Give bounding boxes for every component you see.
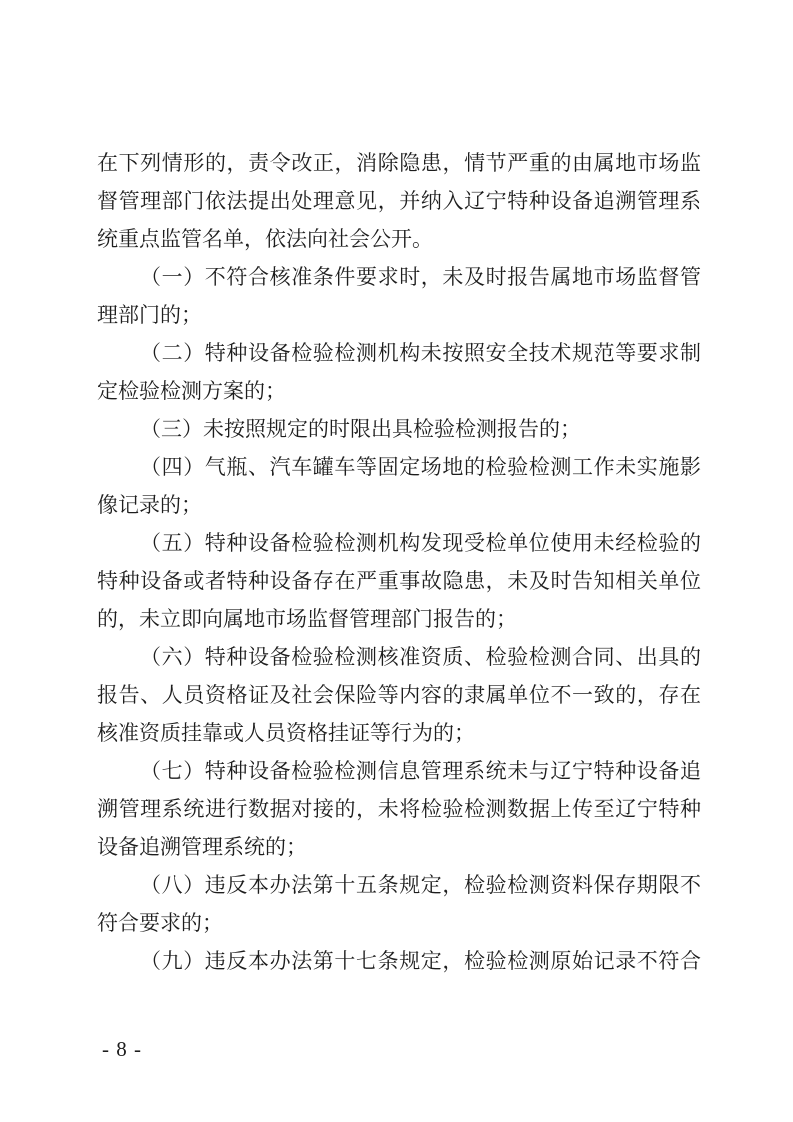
text-line: 特种设备或者特种设备存在严重事故隐患，未及时告知相关单位: [97, 562, 701, 600]
text-line: 设备追溯管理系统的；: [97, 828, 701, 866]
paragraph: （一）不符合核准条件要求时，未及时报告属地市场监督管理部门的；: [97, 258, 701, 334]
text-line: （四）气瓶、汽车罐车等固定场地的检验检测工作未实施影: [97, 448, 701, 486]
text-line: 统重点监管名单，依法向社会公开。: [97, 220, 701, 258]
text-line: （八）违反本办法第十五条规定，检验检测资料保存期限不: [97, 866, 701, 904]
text-line: （二）特种设备检验检测机构未按照安全技术规范等要求制: [97, 334, 701, 372]
text-line: 符合要求的；: [97, 904, 701, 942]
paragraph: （六）特种设备检验检测核准资质、检验检测合同、出具的报告、人员资格证及社会保险等…: [97, 638, 701, 752]
text-line: 溯管理系统进行数据对接的，未将检验检测数据上传至辽宁特种: [97, 790, 701, 828]
text-line: （五）特种设备检验检测机构发现受检单位使用未经检验的: [97, 524, 701, 562]
text-line: 核准资质挂靠或人员资格挂证等行为的；: [97, 714, 701, 752]
paragraph: （八）违反本办法第十五条规定，检验检测资料保存期限不符合要求的；: [97, 866, 701, 942]
paragraph: 在下列情形的，责令改正，消除隐患，情节严重的由属地市场监督管理部门依法提出处理意…: [97, 144, 701, 258]
text-line: 督管理部门依法提出处理意见，并纳入辽宁特种设备追溯管理系: [97, 182, 701, 220]
paragraph: （九）违反本办法第十七条规定，检验检测原始记录不符合: [97, 942, 701, 980]
text-line: 报告、人员资格证及社会保险等内容的隶属单位不一致的，存在: [97, 676, 701, 714]
text-line: （三）未按照规定的时限出具检验检测报告的；: [97, 410, 701, 448]
paragraph: （三）未按照规定的时限出具检验检测报告的；: [97, 410, 701, 448]
text-line: （一）不符合核准条件要求时，未及时报告属地市场监督管: [97, 258, 701, 296]
text-line: （七）特种设备检验检测信息管理系统未与辽宁特种设备追: [97, 752, 701, 790]
text-line: （六）特种设备检验检测核准资质、检验检测合同、出具的: [97, 638, 701, 676]
text-line: 定检验检测方案的；: [97, 372, 701, 410]
paragraph: （七）特种设备检验检测信息管理系统未与辽宁特种设备追溯管理系统进行数据对接的，未…: [97, 752, 701, 866]
paragraph: （五）特种设备检验检测机构发现受检单位使用未经检验的特种设备或者特种设备存在严重…: [97, 524, 701, 638]
page-number: - 8 -: [102, 1034, 142, 1064]
text-line: （九）违反本办法第十七条规定，检验检测原始记录不符合: [97, 942, 701, 980]
text-line: 像记录的；: [97, 486, 701, 524]
text-line: 在下列情形的，责令改正，消除隐患，情节严重的由属地市场监: [97, 144, 701, 182]
text-line: 理部门的；: [97, 296, 701, 334]
paragraph: （四）气瓶、汽车罐车等固定场地的检验检测工作未实施影像记录的；: [97, 448, 701, 524]
paragraph: （二）特种设备检验检测机构未按照安全技术规范等要求制定检验检测方案的；: [97, 334, 701, 410]
document-body: 在下列情形的，责令改正，消除隐患，情节严重的由属地市场监督管理部门依法提出处理意…: [97, 144, 701, 980]
text-line: 的，未立即向属地市场监督管理部门报告的；: [97, 600, 701, 638]
document-page: 在下列情形的，责令改正，消除隐患，情节严重的由属地市场监督管理部门依法提出处理意…: [0, 0, 793, 1122]
